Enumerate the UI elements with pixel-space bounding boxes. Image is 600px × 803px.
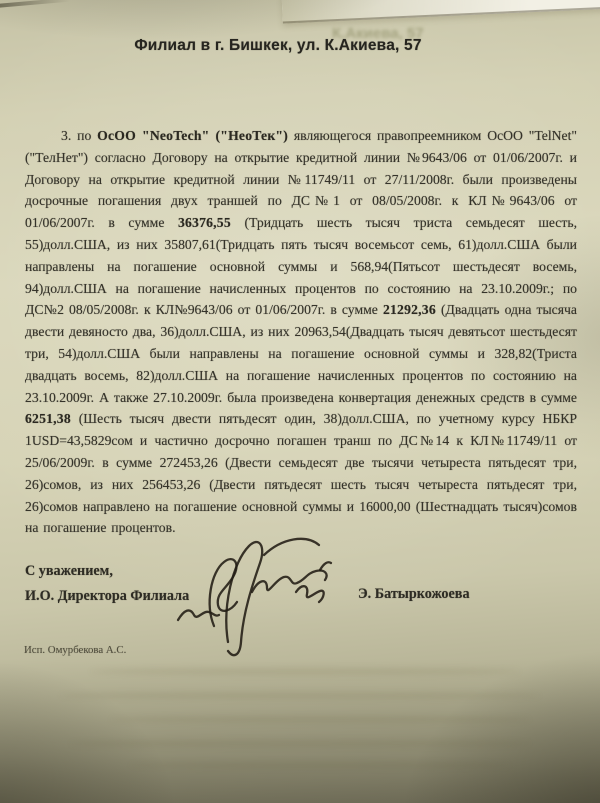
body-paragraph: 3. по ОсОО "NeoTech" ("НеоТек") являющег…	[25, 125, 577, 539]
signer-title: И.О. Директора Филиала	[25, 588, 189, 605]
showthrough-line	[70, 740, 530, 747]
showthrough-line	[60, 692, 540, 699]
executor-note: Исп. Омурбекова А.С.	[24, 644, 126, 656]
showthrough-line	[110, 716, 530, 723]
document-title: Филиал в г. Бишкек, ул. К.Акиева, 57	[0, 37, 556, 55]
paper-edge-band	[281, 0, 600, 23]
handwritten-signature-ink	[168, 528, 348, 648]
document-photo: К.Акиева, 57 Филиал в г. Бишкек, ул. К.А…	[0, 0, 600, 803]
paper-edge-shadow	[0, 0, 70, 8]
showthrough-line	[90, 668, 520, 675]
showthrough-line	[130, 762, 510, 768]
closing-salutation: С уважением,	[25, 563, 113, 580]
signer-name: Э. Батыркожоева	[358, 586, 470, 603]
